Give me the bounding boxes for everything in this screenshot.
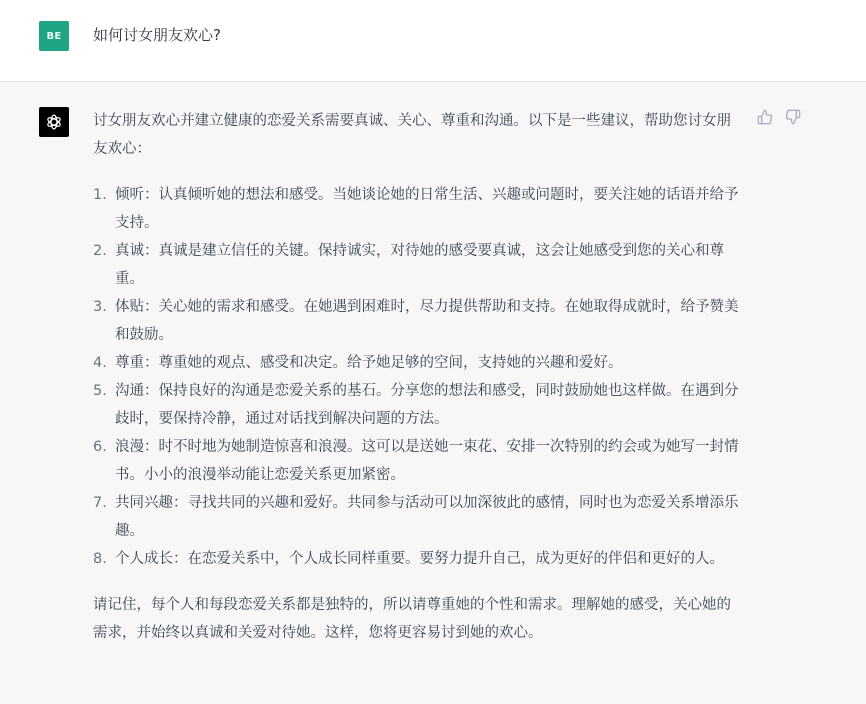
list-item: 7.共同兴趣：寻找共同的兴趣和爱好。共同参与活动可以加深彼此的感情，同时也为恋爱…	[93, 489, 743, 545]
list-item-text: 倾听：认真倾听她的想法和感受。当她谈论她的日常生活、兴趣或问题时，要关注她的话语…	[115, 187, 739, 231]
list-item: 2.真诚：真诚是建立信任的关键。保持诚实，对待她的感受要真诚，这会让她感受到您的…	[93, 237, 743, 293]
list-item: 4.尊重：尊重她的观点、感受和决定。给予她足够的空间，支持她的兴趣和爱好。	[93, 349, 743, 377]
user-message-text: 如何讨女朋友欢心?	[93, 24, 221, 45]
feedback-buttons	[756, 108, 802, 126]
assistant-message-row: 讨女朋友欢心并建立健康的恋爱关系需要真诚、关心、尊重和沟通。以下是一些建议，帮助…	[0, 82, 866, 704]
list-item-text: 共同兴趣：寻找共同的兴趣和爱好。共同参与活动可以加深彼此的感情，同时也为恋爱关系…	[115, 495, 739, 539]
list-item: 3.体贴：关心她的需求和感受。在她遇到困难时，尽力提供帮助和支持。在她取得成就时…	[93, 293, 743, 349]
advice-list: 1.倾听：认真倾听她的想法和感受。当她谈论她的日常生活、兴趣或问题时，要关注她的…	[93, 181, 743, 573]
list-item-number: 1.	[93, 181, 107, 209]
list-item-number: 6.	[93, 433, 107, 461]
list-item-number: 4.	[93, 349, 107, 377]
thumbs-down-icon	[785, 109, 801, 125]
list-item-number: 3.	[93, 293, 107, 321]
openai-logo-icon	[43, 111, 65, 133]
list-item: 1.倾听：认真倾听她的想法和感受。当她谈论她的日常生活、兴趣或问题时，要关注她的…	[93, 181, 743, 237]
list-item-number: 2.	[93, 237, 107, 265]
list-item-text: 真诚：真诚是建立信任的关键。保持诚实，对待她的感受要真诚，这会让她感受到您的关心…	[115, 243, 724, 287]
list-item: 8.个人成长：在恋爱关系中，个人成长同样重要。要努力提升自己，成为更好的伴侣和更…	[93, 545, 743, 573]
list-item: 6.浪漫：时不时地为她制造惊喜和浪漫。这可以是送她一束花、安排一次特别的约会或为…	[93, 433, 743, 489]
list-item-text: 沟通：保持良好的沟通是恋爱关系的基石。分享您的想法和感受，同时鼓励她也这样做。在…	[115, 383, 739, 427]
assistant-message-content: 讨女朋友欢心并建立健康的恋爱关系需要真诚、关心、尊重和沟通。以下是一些建议，帮助…	[93, 107, 743, 647]
user-avatar: BE	[39, 21, 69, 51]
list-item: 5.沟通：保持良好的沟通是恋爱关系的基石。分享您的想法和感受，同时鼓励她也这样做…	[93, 377, 743, 433]
assistant-intro: 讨女朋友欢心并建立健康的恋爱关系需要真诚、关心、尊重和沟通。以下是一些建议，帮助…	[93, 107, 743, 163]
thumbs-down-button[interactable]	[784, 108, 802, 126]
list-item-text: 体贴：关心她的需求和感受。在她遇到困难时，尽力提供帮助和支持。在她取得成就时，给…	[115, 299, 739, 343]
list-item-text: 尊重：尊重她的观点、感受和决定。给予她足够的空间，支持她的兴趣和爱好。	[115, 355, 623, 371]
assistant-outro: 请记住，每个人和每段恋爱关系都是独特的，所以请尊重她的个性和需求。理解她的感受，…	[93, 591, 743, 647]
user-message-row: BE 如何讨女朋友欢心?	[0, 0, 866, 82]
list-item-text: 个人成长：在恋爱关系中，个人成长同样重要。要努力提升自己，成为更好的伴侣和更好的…	[115, 551, 724, 567]
list-item-number: 8.	[93, 545, 107, 573]
list-item-number: 7.	[93, 489, 107, 517]
thumbs-up-icon	[757, 109, 773, 125]
list-item-text: 浪漫：时不时地为她制造惊喜和浪漫。这可以是送她一束花、安排一次特别的约会或为她写…	[115, 439, 739, 483]
thumbs-up-button[interactable]	[756, 108, 774, 126]
user-avatar-initials: BE	[46, 31, 61, 42]
list-item-number: 5.	[93, 377, 107, 405]
assistant-avatar	[39, 107, 69, 137]
